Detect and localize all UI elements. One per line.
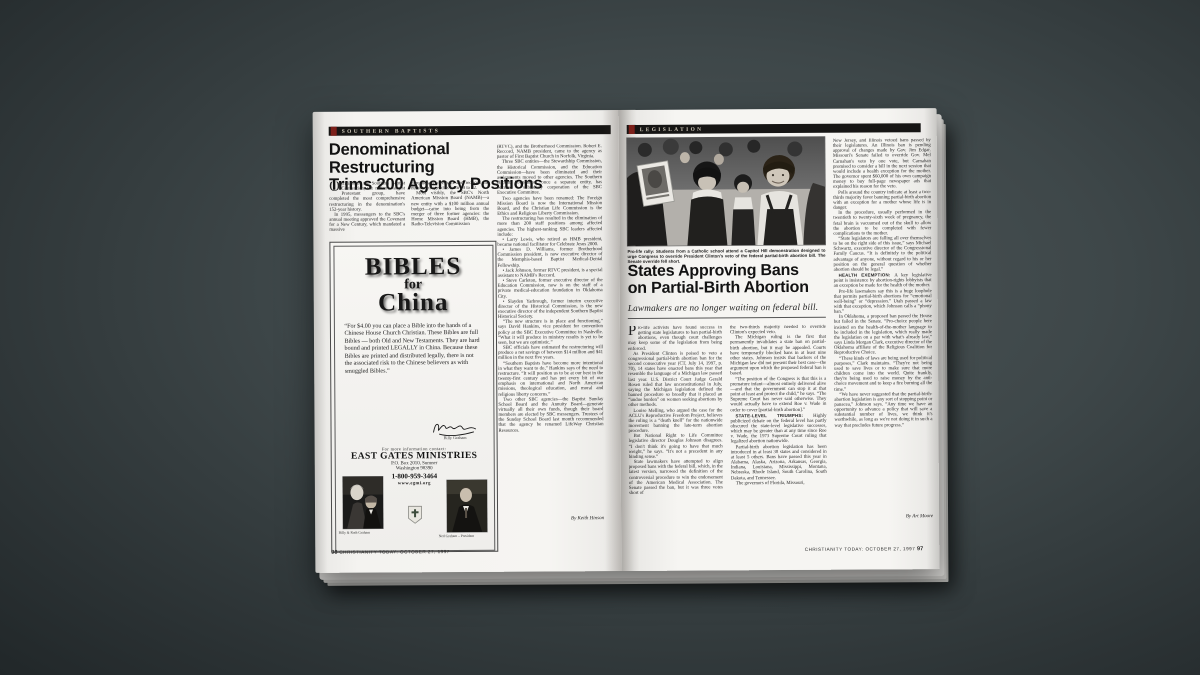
article-headline: States Approving Bans on Partial-Birth A… [628, 262, 833, 297]
body-column-3: (RTVC), and the Brotherhood Commission. … [497, 144, 604, 515]
paragraph: (RTVC), and the Brotherhood Commission. … [497, 144, 602, 160]
east-gates-logo-icon [407, 505, 422, 524]
organization-name: EAST GATES MINISTRIES [335, 450, 493, 461]
rally-photo [627, 137, 826, 246]
left-page: SOUTHERN BAPTISTS Denominational Restruc… [313, 110, 622, 573]
body-column-1: Officials of the Southern Baptist Conven… [329, 181, 405, 239]
paragraph: Pro-life lawmakers say this is a huge lo… [834, 289, 932, 315]
paragraph: The Michigan ruling is the first that pe… [730, 335, 826, 377]
left-page-number: 96 [331, 550, 337, 556]
section-kicker-label: SOUTHERN BAPTISTS [342, 128, 441, 135]
paragraph: Partial-birth abortion legislation has b… [731, 444, 827, 481]
paragraph: But National Right to Life Committee leg… [629, 434, 723, 460]
paragraph: Polls around the country indicate at lea… [833, 190, 931, 211]
paragraph: Two agencies have been renamed: The Fore… [497, 196, 602, 217]
body-column-1: Pro-life activists have found success in… [628, 325, 723, 516]
paragraph: • James D. Williams, former Brotherhood … [497, 247, 602, 268]
signature-block: Billy Graham [429, 417, 481, 439]
protest-sign [637, 161, 674, 206]
paragraph: STATE-LEVEL TRIUMPHS: Highly publicized … [730, 412, 826, 445]
paragraph: Louise Melling, who argued the case for … [628, 408, 722, 434]
photo-caption-left: Billy & Ruth Graham [339, 530, 393, 534]
body-column-2: the two-thirds majority needed to overri… [730, 325, 827, 516]
kicker-accent-block [331, 127, 337, 136]
left-page-footer: 96 CHRISTIANITY TODAY: OCTOBER 27, 1997 [331, 549, 450, 556]
paragraph: The governors of Florida, Missouri, [731, 480, 827, 486]
right-page-number: 97 [917, 546, 923, 552]
paragraph: “Southern Baptists have become more inte… [498, 361, 603, 398]
right-page-footer: CHRISTIANITY TODAY: OCTOBER 27, 1997 97 [805, 546, 924, 553]
paragraph: Two other SBC agencies—the Baptist Sunda… [498, 397, 603, 434]
kicker-accent-block [629, 125, 635, 134]
ad-quote-text: “For $4.00 you can place a Bible into th… [344, 322, 482, 375]
paragraph: HEALTH EXEMPTION: A key legislative poin… [834, 272, 932, 289]
body-column-2: bureaucratic overhaul and reduced the nu… [411, 181, 489, 239]
paragraph: • Slayden Yarbrough, former interim exec… [498, 299, 603, 320]
body-column-3: New Jersey, and Illinois vetoed bans pas… [833, 138, 933, 511]
paragraph: Pro-life activists have found success in… [628, 325, 722, 351]
magazine-spread: SOUTHERN BAPTISTS Denominational Restruc… [313, 108, 940, 573]
article-deck: Lawmakers are no longer waiting on feder… [628, 302, 833, 313]
section-kicker-bar: SOUTHERN BAPTISTS [329, 125, 611, 136]
paragraph: SBC officials have estimated the restruc… [498, 345, 603, 361]
photo-caption-right: Ned Graham – President [433, 533, 493, 537]
article-byline: By Art Moore [835, 514, 933, 520]
billy-graham-signature-icon [429, 417, 481, 435]
section-kicker-label: LEGISLATION [640, 126, 704, 132]
paragraph: The restructuring has resulted in the el… [497, 216, 602, 237]
ad-title-line-3: China [334, 290, 492, 315]
right-page: LEGISLATION [619, 108, 940, 571]
paragraph: In Oklahoma, a proposed ban passed the H… [834, 314, 932, 356]
paragraph: As President Clinton is poised to veto a… [628, 351, 722, 408]
paragraph: “State legislators are falling all over … [833, 236, 931, 273]
headline-line-1: States Approving Bans [628, 262, 833, 280]
deck-divider-rule [628, 317, 826, 319]
paragraph: • Steve Carleton, former executive direc… [498, 278, 603, 299]
girl-small [731, 174, 755, 245]
paragraph: In the procedure, usually performed in t… [833, 210, 931, 236]
paragraph: Most visibly, the SBC's North American M… [411, 191, 489, 228]
paragraph: Officials of the Southern Baptist Conven… [329, 181, 405, 212]
headline-line-2: on Partial-Birth Abortion [628, 279, 833, 297]
paragraph: “The position of the Congress is that th… [730, 376, 826, 413]
ad-title-line-1: BIBLES [334, 255, 492, 278]
right-footer-text: CHRISTIANITY TODAY: OCTOBER 27, 1997 [805, 546, 916, 552]
signature-printed-name: Billy Graham [429, 434, 481, 439]
paragraph: “We have never suggested that the partia… [834, 392, 932, 429]
ad-title: BIBLES for China [334, 255, 492, 315]
paragraph: State lawmakers have attempted to align … [629, 459, 723, 496]
paragraph: New Jersey, and Illinois vetoed bans pas… [833, 138, 931, 190]
paragraph: Three SBC entities—the Stewardship Commi… [497, 160, 602, 197]
paragraph: “The new structure is in place and funct… [498, 319, 603, 345]
billy-ruth-graham-photo [342, 476, 382, 528]
left-footer-text: CHRISTIANITY TODAY: OCTOBER 27, 1997 [339, 549, 450, 555]
paragraph: In 1995, messengers to the SBC's annual … [329, 212, 405, 233]
paragraph: • Jack Johnson, former RTVC president, i… [498, 268, 603, 279]
ned-graham-photo [446, 479, 486, 531]
article-byline: By Keith Hinson [499, 516, 604, 522]
bibles-for-china-ad: BIBLES for China “For $4.00 you can plac… [329, 241, 498, 553]
paragraph: “These kinds of laws are being used for … [834, 356, 932, 393]
section-kicker-bar: LEGISLATION [627, 123, 921, 134]
